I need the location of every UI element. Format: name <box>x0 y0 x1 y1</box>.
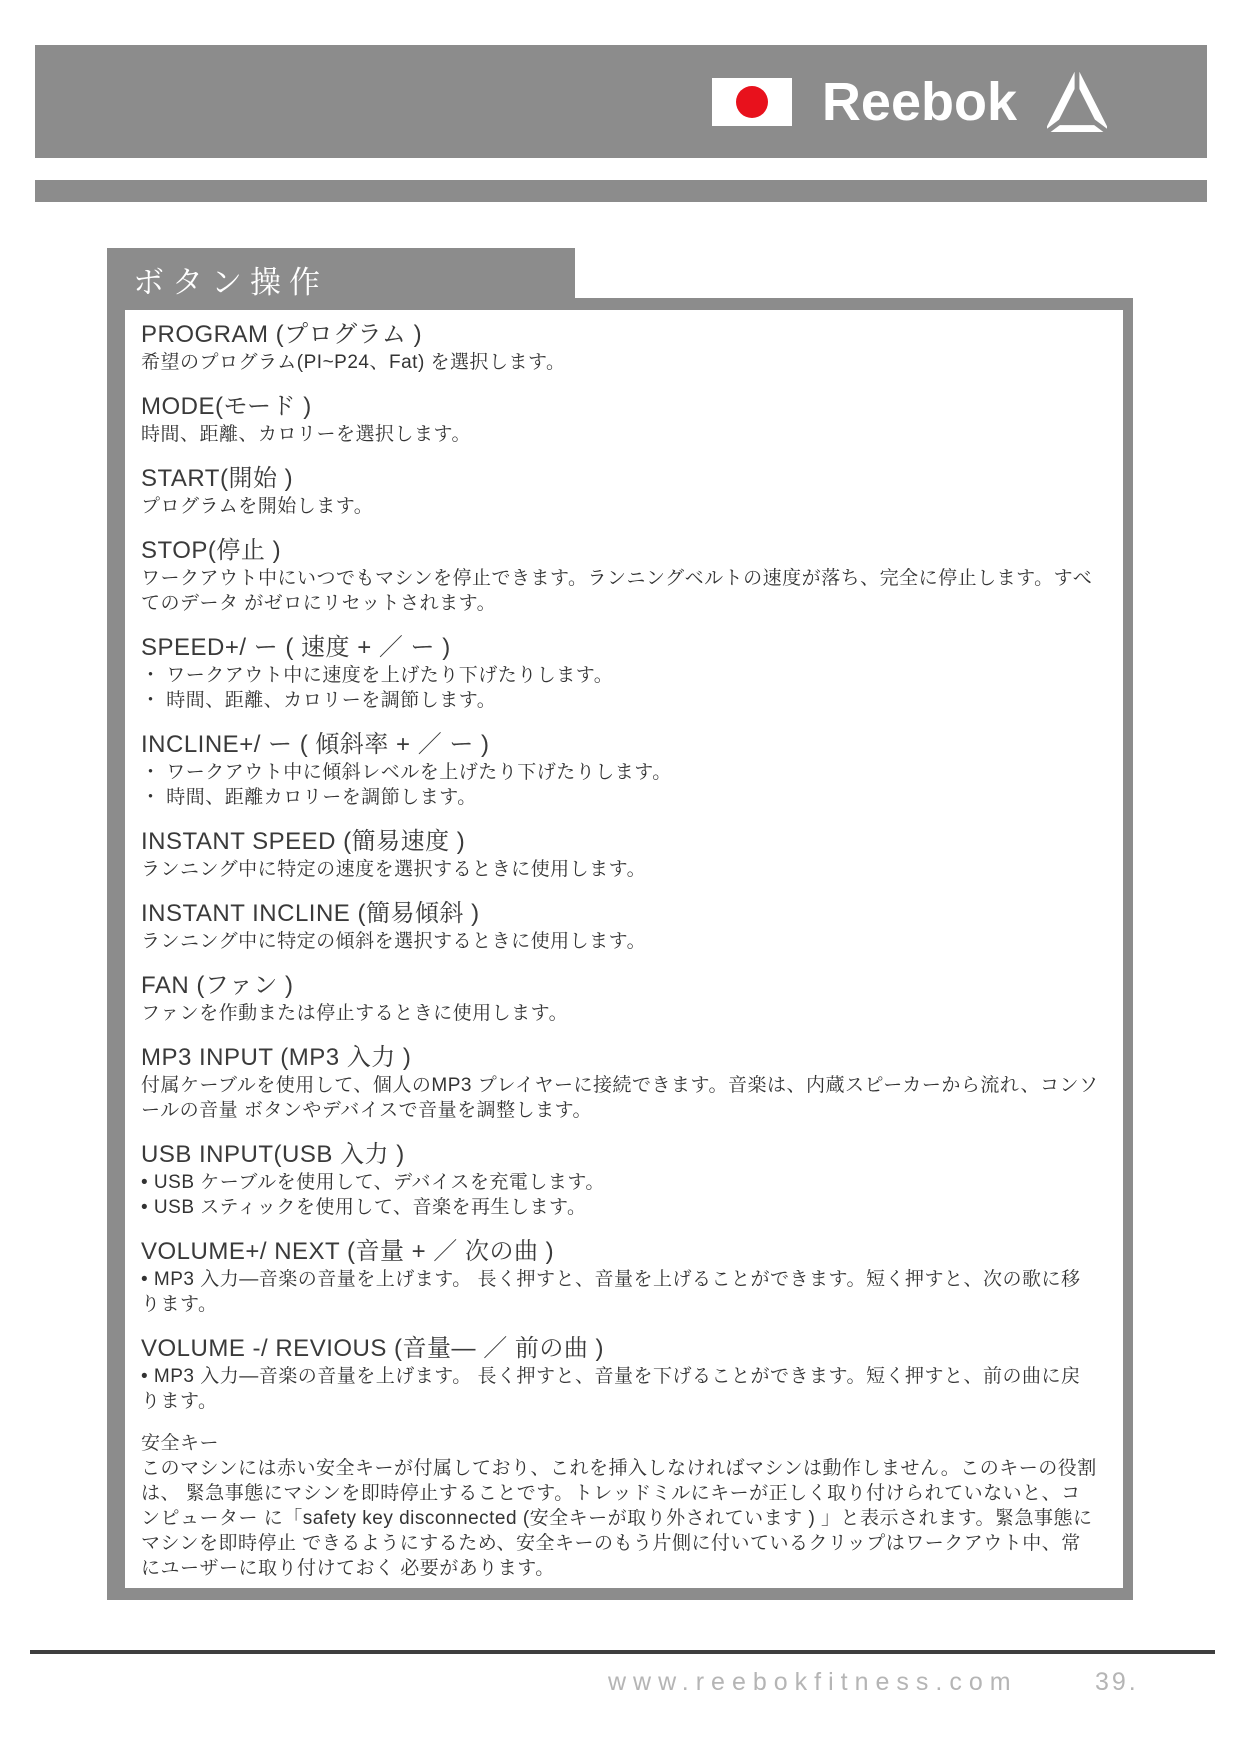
section-heading: USB INPUT(USB 入力 ) <box>141 1140 1099 1170</box>
section-text: ・ ワークアウト中に速度を上げたり下げたりします。 <box>141 663 1099 688</box>
footer-url: www.reebokfitness.com <box>608 1668 1018 1697</box>
section-text: • MP3 入力—音楽の音量を上げます。 長く押すと、音量を上げることができます… <box>141 1267 1099 1317</box>
section-text: ワークアウト中にいつでもマシンを停止できます。ランニングベルトの速度が落ち、完全… <box>141 566 1099 616</box>
button-operations-panel: PROGRAM (プログラム )希望のプログラム(PI~P24、Fat) を選択… <box>107 298 1133 1600</box>
section-heading: INCLINE+/ ー ( 傾斜率 + ／ ー ) <box>141 730 1099 760</box>
section-heading: VOLUME -/ REVIOUS (音量— ／ 前の曲 ) <box>141 1334 1099 1364</box>
section: START(開始 )プログラムを開始します。 <box>141 464 1099 519</box>
header-accent-bar <box>35 180 1207 202</box>
section-heading: PROGRAM (プログラム ) <box>141 320 1099 350</box>
section: INCLINE+/ ー ( 傾斜率 + ／ ー )・ ワークアウト中に傾斜レベル… <box>141 730 1099 810</box>
section-text: ・ ワークアウト中に傾斜レベルを上げたり下げたりします。 <box>141 760 1099 785</box>
section: PROGRAM (プログラム )希望のプログラム(PI~P24、Fat) を選択… <box>141 320 1099 375</box>
section: SPEED+/ ー ( 速度 + ／ ー )・ ワークアウト中に速度を上げたり下… <box>141 633 1099 713</box>
section: STOP(停止 )ワークアウト中にいつでもマシンを停止できます。ランニングベルト… <box>141 536 1099 616</box>
sections-list: PROGRAM (プログラム )希望のプログラム(PI~P24、Fat) を選択… <box>141 320 1099 1581</box>
section-heading: START(開始 ) <box>141 464 1099 494</box>
section-heading: INSTANT INCLINE (簡易傾斜 ) <box>141 899 1099 929</box>
section-text: • MP3 入力—音楽の音量を上げます。 長く押すと、音量を下げることができます… <box>141 1364 1099 1414</box>
section: MODE(モード )時間、距離、カロリーを選択します。 <box>141 392 1099 447</box>
japan-flag-icon <box>712 78 792 126</box>
section-heading: 安全キー <box>141 1431 1099 1456</box>
section-heading: STOP(停止 ) <box>141 536 1099 566</box>
section-text: 時間、距離、カロリーを選択します。 <box>141 422 1099 447</box>
section: VOLUME -/ REVIOUS (音量— ／ 前の曲 )• MP3 入力—音… <box>141 1334 1099 1414</box>
section: 安全キーこのマシンには赤い安全キーが付属しており、これを挿入しなければマシンは動… <box>141 1431 1099 1581</box>
section: MP3 INPUT (MP3 入力 )付属ケーブルを使用して、個人のMP3 プレ… <box>141 1043 1099 1123</box>
reebok-delta-icon <box>1047 72 1107 132</box>
section-text: ランニング中に特定の速度を選択するときに使用します。 <box>141 857 1099 882</box>
section-heading: INSTANT SPEED (簡易速度 ) <box>141 827 1099 857</box>
section-heading: SPEED+/ ー ( 速度 + ／ ー ) <box>141 633 1099 663</box>
section: USB INPUT(USB 入力 )• USB ケーブルを使用して、デバイスを充… <box>141 1140 1099 1220</box>
section-text: • USB ケーブルを使用して、デバイスを充電します。 <box>141 1170 1099 1195</box>
section: INSTANT SPEED (簡易速度 )ランニング中に特定の速度を選択するとき… <box>141 827 1099 882</box>
section-text: ・ 時間、距離カロリーを調節します。 <box>141 785 1099 810</box>
brand-logo: Reebok <box>712 45 1107 158</box>
section: VOLUME+/ NEXT (音量 + ／ 次の曲 )• MP3 入力—音楽の音… <box>141 1237 1099 1317</box>
section-heading: VOLUME+/ NEXT (音量 + ／ 次の曲 ) <box>141 1237 1099 1267</box>
reebok-wordmark: Reebok <box>822 75 1017 129</box>
japan-flag-dot <box>736 86 768 118</box>
section-text: ランニング中に特定の傾斜を選択するときに使用します。 <box>141 929 1099 954</box>
section-text: • USB スティックを使用して、音楽を再生します。 <box>141 1195 1099 1220</box>
section-text: 付属ケーブルを使用して、個人のMP3 プレイヤーに接続できます。音楽は、内蔵スピ… <box>141 1073 1099 1123</box>
section-text: ファンを作動または停止するときに使用します。 <box>141 1001 1099 1026</box>
section-text: このマシンには赤い安全キーが付属しており、これを挿入しなければマシンは動作しませ… <box>141 1456 1099 1581</box>
section-heading: MP3 INPUT (MP3 入力 ) <box>141 1043 1099 1073</box>
section-text: 希望のプログラム(PI~P24、Fat) を選択します。 <box>141 350 1099 375</box>
section-heading: FAN (ファン ) <box>141 971 1099 1001</box>
section: INSTANT INCLINE (簡易傾斜 )ランニング中に特定の傾斜を選択する… <box>141 899 1099 954</box>
section-text: ・ 時間、距離、カロリーを調節します。 <box>141 688 1099 713</box>
section-text: プログラムを開始します。 <box>141 494 1099 519</box>
section: FAN (ファン )ファンを作動または停止するときに使用します。 <box>141 971 1099 1026</box>
footer-divider <box>30 1650 1215 1654</box>
section-heading: MODE(モード ) <box>141 392 1099 422</box>
header-bar: Reebok <box>35 45 1207 158</box>
footer-page-number: 39. <box>1095 1668 1139 1697</box>
